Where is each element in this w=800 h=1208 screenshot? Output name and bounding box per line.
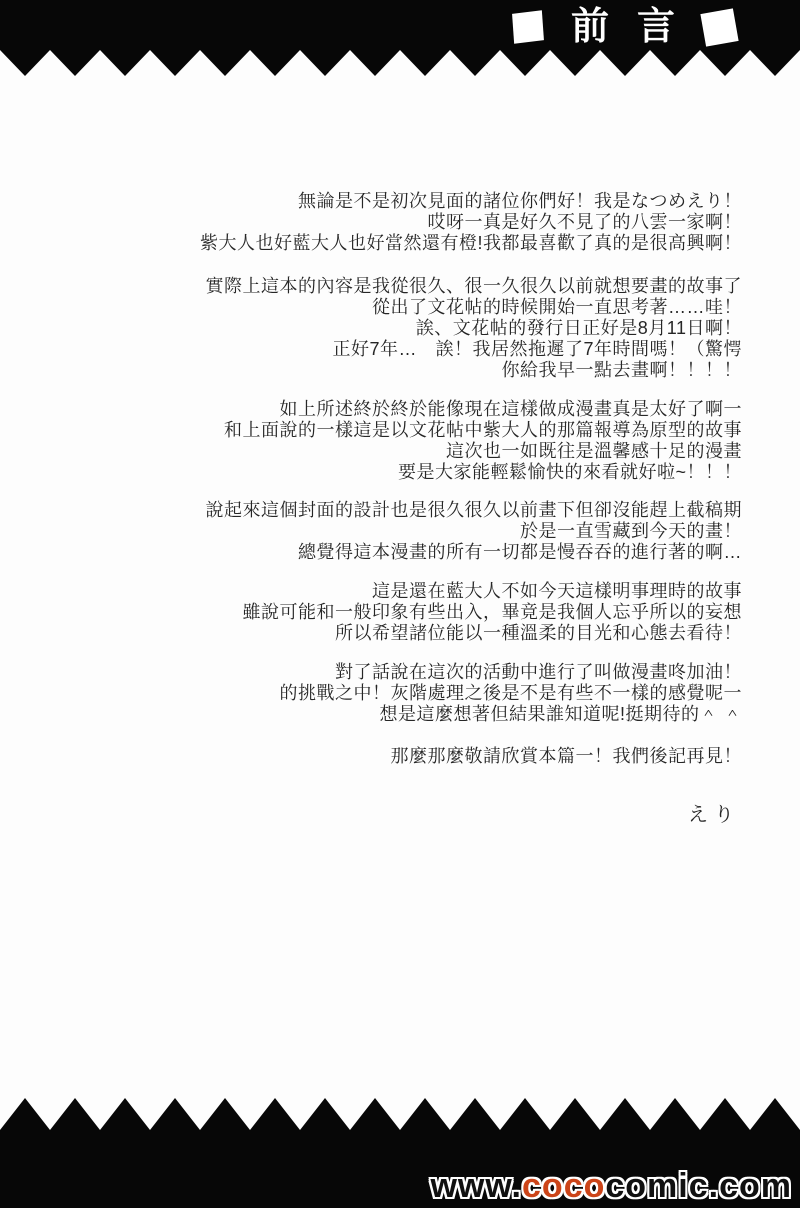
- preface-page: 前 言 無論是不是初次見面的諸位你們好！我是なつめえり！ 哎呀一真是好久不見了的…: [0, 0, 800, 1208]
- author-signature: えり: [40, 803, 742, 827]
- preface-line: 正好7年… 誒！我居然拖遲了7年時間嗎！（驚愕: [40, 339, 742, 360]
- preface-line: 的挑戰之中！灰階處理之後是不是有些不一樣的感覺呢一: [40, 683, 742, 704]
- preface-line: 對了話說在這次的活動中進行了叫做漫畫咚加油！: [40, 662, 742, 683]
- preface-paragraph: 這是還在藍大人不如今天這樣明事理時的故事 雖說可能和一般印象有些出入，畢竟是我個…: [40, 581, 742, 644]
- header-bar: 前 言: [0, 0, 800, 50]
- preface-line: 總覺得這本漫畫的所有一切都是慢吞吞的進行著的啊…: [40, 542, 742, 563]
- preface-line: 和上面說的一樣這是以文花帖中紫大人的那篇報導為原型的故事: [40, 420, 742, 441]
- preface-paragraph: 那麼那麼敬請欣賞本篇一！我們後記再見！: [40, 746, 742, 767]
- title-char: 言: [637, 8, 675, 46]
- square-bullet-icon: [700, 8, 738, 46]
- preface-line: 雖說可能和一般印象有些出入，畢竟是我個人忘乎所以的妄想: [40, 602, 742, 623]
- watermark-highlight: coco: [522, 1167, 605, 1205]
- preface-line: 從出了文花帖的時候開始一直思考著……哇！: [40, 297, 742, 318]
- watermark: www.cococomic.com: [430, 1167, 792, 1206]
- square-bullet-icon: [512, 10, 544, 44]
- preface-line: 紫大人也好藍大人也好當然還有橙!我都最喜歡了真的是很高興啊！: [40, 233, 742, 254]
- preface-paragraph: 對了話說在這次的活動中進行了叫做漫畫咚加油！ 的挑戰之中！灰階處理之後是不是有些…: [40, 662, 742, 725]
- preface-paragraph: 如上所述終於終於能像現在這樣做成漫畫真是太好了啊一 和上面說的一樣這是以文花帖中…: [40, 399, 742, 483]
- preface-paragraph: 實際上這本的內容是我從很久、很一久很久以前就想要畫的故事了 從出了文花帖的時候開…: [40, 276, 742, 381]
- preface-line: 這次也一如既往是溫馨感十足的漫畫: [40, 441, 742, 462]
- preface-line: 如上所述終於終於能像現在這樣做成漫畫真是太好了啊一: [40, 399, 742, 420]
- preface-paragraph: 說起來這個封面的設計也是很久很久以前畫下但卻沒能趕上截稿期 於是一直雪藏到今天的…: [40, 500, 742, 563]
- page-title: 前 言: [513, 4, 736, 50]
- footer-bar: www.cococomic.com: [0, 1130, 800, 1208]
- preface-line: 那麼那麼敬請欣賞本篇一！我們後記再見！: [40, 746, 742, 767]
- zigzag-edge-bottom: [0, 1098, 800, 1130]
- watermark-suffix: comic.com: [605, 1167, 792, 1205]
- preface-line: 誒、文花帖的發行日正好是8月11日啊！: [40, 318, 742, 339]
- preface-text: 無論是不是初次見面的諸位你們好！我是なつめえり！ 哎呀一真是好久不見了的八雲一家…: [40, 191, 742, 827]
- preface-paragraph: 無論是不是初次見面的諸位你們好！我是なつめえり！ 哎呀一真是好久不見了的八雲一家…: [40, 191, 742, 254]
- preface-line: 無論是不是初次見面的諸位你們好！我是なつめえり！: [40, 191, 742, 212]
- preface-line: 於是一直雪藏到今天的畫！: [40, 521, 742, 542]
- preface-line: 這是還在藍大人不如今天這樣明事理時的故事: [40, 581, 742, 602]
- preface-line: 實際上這本的內容是我從很久、很一久很久以前就想要畫的故事了: [40, 276, 742, 297]
- zigzag-edge-top: [0, 50, 800, 76]
- preface-line: 所以希望諸位能以一種溫柔的目光和心態去看待！: [40, 623, 742, 644]
- preface-line: 要是大家能輕鬆愉快的來看就好啦~！！！: [40, 462, 742, 483]
- preface-line: 想是這麼想著但結果誰知道呢!挺期待的＾ ＾: [40, 704, 742, 725]
- preface-line: 哎呀一真是好久不見了的八雲一家啊！: [40, 212, 742, 233]
- title-char: 前: [571, 8, 609, 46]
- preface-line: 說起來這個封面的設計也是很久很久以前畫下但卻沒能趕上截稿期: [40, 500, 742, 521]
- preface-line: 你給我早一點去畫啊！！！！: [40, 360, 742, 381]
- watermark-prefix: www.: [430, 1167, 522, 1205]
